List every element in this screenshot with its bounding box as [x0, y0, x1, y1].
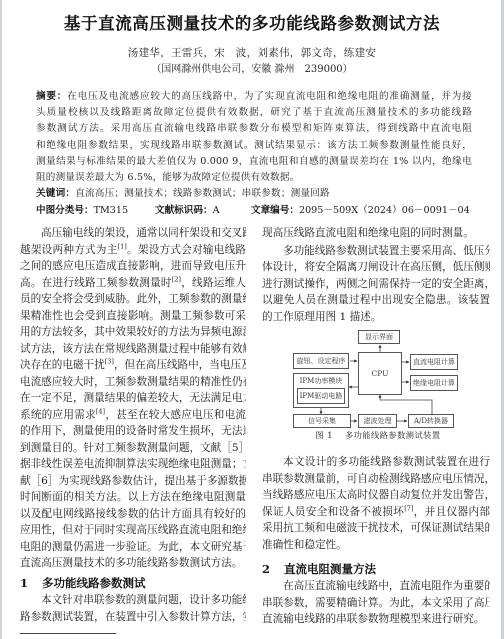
text-span: 本文设计的多功能线路参数测试装置在进行: [283, 456, 490, 468]
abstract-line: 摘要：在电压及电流感应较大的高压线路中，为了实现直流电阻和绝缘电阻的准确测量，并…: [36, 89, 472, 105]
text-span: 体设计，将安全隔离刀闸设计在高压侧，低压侧则: [262, 261, 490, 273]
clc-value: TM315: [94, 205, 129, 216]
text-line: 准确性和稳定性。: [262, 537, 490, 554]
text-span: 在高压直流输电线路中，直流电阻作为重要的: [283, 580, 490, 592]
text-span: 高。在进行线路工频参数测量时: [20, 277, 172, 289]
text-line: 高压输电线的架设，通常以同杆架设和交叉跨: [20, 225, 246, 242]
abstract-line: 参数测试方法。采用高压直流输电线路串联参数分布模型和矩阵束算法，得到线路中直流电…: [36, 121, 472, 137]
text-span: 献［6］为实现线路参数估计，提出基于多源数据多: [20, 475, 246, 487]
box-dc-calc: 直流电阻计算: [410, 354, 458, 370]
text-span: 越架设两种方式为主: [20, 244, 118, 256]
box-ipm-drive: IPM驱动电路: [297, 388, 345, 404]
text-line: 献［6］为实现线路参数估计，提出基于多源数据多: [20, 473, 246, 490]
text-span: 现高压线路直流电阻和绝缘电阻的同时测量。: [262, 227, 474, 239]
text-span: 果精准性也会受到直接影响。测量工频参数可采: [20, 310, 246, 322]
text-line: 高。在进行线路工频参数测量时[2]，线路运维人: [20, 275, 246, 292]
abstract-line: 和绝缘电阻参数结果，实现线路串联参数测试。测试结果显示：该方法工频参数测量性能良…: [36, 138, 472, 154]
box-insulation-calc: 绝缘电阻计算: [410, 375, 458, 391]
text-line: 体设计，将安全隔离刀闸设计在高压侧，低压侧则: [262, 259, 490, 276]
document-code: 文献标识码：A: [155, 202, 220, 216]
text-line: 现高压线路直流电阻和绝缘电阻的同时测量。: [262, 225, 490, 242]
figure-1-diagram: 显示界面 旋钮、设定程序 CPU 直流电阻计算 绝缘电阻计算 IPM功率模块 I…: [280, 325, 480, 445]
abstract-label: 摘要：: [36, 91, 67, 102]
text-span: 直流高压测量技术的多功能线路参数测试方法。: [20, 557, 242, 569]
text-line: 直流输电线路的串联参数物理模型来进行研究。: [262, 611, 490, 628]
ipm-power-label: IPM功率模块: [300, 376, 343, 386]
text-span: 电阻的测量仍需进一步验证。为此，本文研究基于: [20, 541, 246, 553]
abstract-line: 阻的测量误差最大为 6.5%，能够为故障定位提供有效数据。: [36, 170, 472, 186]
text-span: 电流感应较大时，工频参数测量结果的精准性仍存: [20, 376, 246, 388]
text-line: 直流高压测量技术的多功能线路参数测试方法。: [20, 555, 246, 572]
text-span: 。架设方式会对输电线路: [127, 244, 246, 256]
text-line: 串联参数，需要精确计算。为此，本文采用了高压: [262, 595, 490, 612]
text-line: 本文设计的多功能线路参数测试装置在进行: [262, 454, 490, 471]
text-line: 在高压直流输电线路中，直流电阻作为重要的: [262, 578, 490, 595]
left-column-section1: 本文针对串联参数的测量问题，设计多功能线路参数测试装置，在装置中引入参数计算方法…: [20, 592, 246, 625]
article-no-value: 2095－509X（2024）06－0091－04: [299, 205, 470, 216]
text-span: ，但在高压线路中，当电压及: [114, 359, 246, 371]
box-signal-acquisition: 信号采集: [293, 414, 351, 428]
section-heading-2: 2直流电阻测量方法: [262, 561, 376, 577]
text-line: 当线路感应电压太高时仪器自动复位并发出警告，: [262, 487, 490, 504]
text-span: 路参数测试装置，在装置中引入参数计算方法，实: [20, 611, 246, 623]
text-span: 用的方法较多，其中效果较好的方法为异频电源测: [20, 326, 246, 338]
text-line: 越架设两种方式为主[1]。架设方式会对输电线路: [20, 242, 246, 259]
figure-caption-text: 多功能线路参数测试装置: [345, 430, 441, 440]
text-span: 准确性和稳定性。: [262, 539, 347, 551]
text-span: 串联参数，需要精确计算。为此，本文采用了高压: [262, 597, 490, 609]
keywords-label: 关键词：: [36, 188, 75, 199]
text-line: 以及配电网线路接线参数的估计方面具有较好的: [20, 506, 246, 523]
section-number: 2: [262, 562, 284, 576]
text-line: 电阻的测量仍需进一步验证。为此，本文研究基于: [20, 539, 246, 556]
text-line: 决存在的电磁干扰[3]，但在高压线路中，当电压及: [20, 357, 246, 374]
clc-label: 中图分类号：: [36, 205, 94, 216]
citation-ref[interactable]: [1]: [118, 242, 127, 250]
text-span: 当线路感应电压太高时仪器自动复位并发出警告，: [262, 489, 490, 501]
text-line: 应用性，但对于同时实现高压线路直流电阻和绝缘: [20, 522, 246, 539]
abstract: 摘要：在电压及电流感应较大的高压线路中，为了实现直流电阻和绝缘电阻的准确测量，并…: [36, 89, 472, 202]
text-line: 据非线性误差电流抑制算法实现绝缘电阻测量；文: [20, 456, 246, 473]
box-display: 显示界面: [358, 330, 400, 344]
figure-caption: 图 1多功能线路参数测试装置: [252, 430, 504, 441]
text-span: 多功能线路参数测试装置主要采用高、低压分: [283, 245, 490, 257]
text-span: 时间断面的相关方法。以上方法在绝缘电阻测量: [20, 491, 246, 503]
text-span: 本文针对串联参数的测量问题，设计多功能线: [41, 594, 246, 606]
text-line: 之间的感应电压造成直接影响，进而导致电压升: [20, 258, 246, 275]
text-span: ，甚至在较大感应电压和电流: [105, 409, 246, 421]
text-span: 采用抗工频和电磁波干扰技术，可保证测试结果的: [262, 522, 490, 534]
section-title: 多功能线路参数测试: [42, 576, 146, 590]
text-span: ，线路运维人: [181, 277, 246, 289]
right-column-section2: 在高压直流输电线路中，直流电阻作为重要的串联参数，需要精确计算。为此，本文采用了…: [262, 578, 490, 628]
right-column-mid: 本文设计的多功能线路参数测试装置在进行串联参数测量前，可自动检测线路感应电压情况…: [262, 454, 490, 553]
abstract-line: 头质量校核以及线路距离故障定位提供有效数据，研究了基于直流高压测量技术的多功能线…: [36, 105, 472, 121]
text-span: 决存在的电磁干扰: [20, 359, 105, 371]
text-line: 时间断面的相关方法。以上方法在绝缘电阻测量: [20, 489, 246, 506]
box-knob: 旋钮、设定程序: [293, 353, 349, 369]
abstract-text: 在电压及电流感应较大的高压线路中，为了实现直流电阻和绝缘电阻的准确测量，并为接: [67, 91, 472, 102]
text-span: ，并且仪器内部: [413, 506, 490, 518]
text-line: 员的安全将会受到威胁。此外，工频参数的测量结: [20, 291, 246, 308]
text-span: 试方法，该方法在常规线路测量过程中能够有效解: [20, 343, 246, 355]
text-span: 的作用下，测量使用的设备时常发生损坏，无法达: [20, 425, 246, 437]
clc-code: 中图分类号：TM315: [36, 202, 128, 216]
text-line: 到测量目的。针对工频参数测量问题，文献［5］根: [20, 440, 246, 457]
text-line: 保证人员安全和设备不被损坏[7]，并且仪器内部: [262, 504, 490, 521]
paper-title: 基于直流高压测量技术的多功能线路参数测试方法: [0, 10, 504, 34]
page-border-left: [0, 0, 2, 639]
keywords-value: 直流高压；测量技术；线路参数测试；串联参数；测量回路: [75, 188, 330, 199]
citation-ref[interactable]: [4]: [96, 407, 105, 415]
text-span: 进行测试操作，两侧之间需保持一定的安全距离，: [262, 278, 490, 290]
text-span: 串联参数测量前，可自动检测线路感应电压情况，: [262, 473, 490, 485]
text-span: 员的安全将会受到威胁。此外，工频参数的测量结: [20, 293, 246, 305]
section-heading-1: 1多功能线路参数测试: [20, 575, 146, 591]
abstract-line: 测量结果与标准结果的最大差值仅为 0.000 9，直流电阻和自感的测量误差均在 …: [36, 154, 472, 170]
box-cpu: CPU: [358, 352, 402, 395]
text-line: 串联参数测量前，可自动检测线路感应电压情况，: [262, 471, 490, 488]
text-span: 之间的感应电压造成直接影响，进而导致电压升: [20, 260, 246, 272]
text-span: 系统的应用需求: [20, 409, 96, 421]
text-line: 以避免人员在测量过程中出现安全隐患。该装置: [262, 292, 490, 309]
figure-number: 图 1: [315, 430, 333, 440]
text-span: 直流输电线路的串联参数物理模型来进行研究。: [262, 613, 484, 625]
text-line: 系统的应用需求[4]，甚至在较大感应电压和电流: [20, 407, 246, 424]
text-span: 保证人员安全和设备不被损坏: [262, 506, 404, 518]
text-span: 据非线性误差电流抑制算法实现绝缘电阻测量；文: [20, 458, 246, 470]
section-number: 1: [20, 576, 42, 590]
text-line: 的作用下，测量使用的设备时常发生损坏，无法达: [20, 423, 246, 440]
affiliation: （国网滁州供电公司，安徽 滁州 239000）: [0, 60, 504, 75]
text-line: 多功能线路参数测试装置主要采用高、低压分: [262, 243, 490, 260]
citation-ref[interactable]: [2]: [172, 275, 181, 283]
section-title: 直流电阻测量方法: [284, 562, 376, 576]
left-column-intro: 高压输电线的架设，通常以同杆架设和交叉跨越架设两种方式为主[1]。架设方式会对输…: [20, 225, 246, 572]
citation-ref[interactable]: [3]: [105, 357, 114, 365]
text-line: 进行测试操作，两侧之间需保持一定的安全距离，: [262, 276, 490, 293]
text-span: 到测量目的。针对工频参数测量问题，文献［5］根: [20, 442, 246, 454]
text-line: 本文针对串联参数的测量问题，设计多功能线: [20, 592, 246, 609]
doc-code-label: 文献标识码：: [155, 205, 213, 216]
text-line: 电流感应较大时，工频参数测量结果的精准性仍存: [20, 374, 246, 391]
article-number: 文章编号：2095－509X（2024）06－0091－04: [251, 202, 470, 216]
text-line: 用的方法较多，其中效果较好的方法为异频电源测: [20, 324, 246, 341]
text-span: 应用性，但对于同时实现高压线路直流电阻和绝缘: [20, 524, 246, 536]
box-filter: 滤波处理: [358, 414, 397, 428]
keywords: 关键词：直流高压；测量技术；线路参数测试；串联参数；测量回路: [36, 186, 472, 202]
footnote-separator: [20, 633, 116, 634]
doc-code-value: A: [213, 205, 220, 216]
text-line: 试方法，该方法在常规线路测量过程中能够有效解: [20, 341, 246, 358]
article-no-label: 文章编号：: [251, 205, 299, 216]
text-line: 的工作原理用图 1 描述。: [262, 309, 490, 326]
text-line: 果精准性也会受到直接影响。测量工频参数可采: [20, 308, 246, 325]
right-column-top: 现高压线路直流电阻和绝缘电阻的同时测量。多功能线路参数测试装置主要采用高、低压分…: [262, 225, 490, 325]
text-span: 的工作原理用图 1 描述。: [262, 311, 381, 323]
text-span: 以避免人员在测量过程中出现安全隐患。该装置: [262, 294, 490, 306]
text-line: 路参数测试装置，在装置中引入参数计算方法，实: [20, 609, 246, 626]
author-list: 汤建华，王雷兵，宋 波，刘素伟，郭文奇，练建安: [0, 45, 504, 60]
text-line: 采用抗工频和电磁波干扰技术，可保证测试结果的: [262, 520, 490, 537]
text-span: 高压输电线的架设，通常以同杆架设和交叉跨: [41, 227, 246, 239]
text-span: 在一定不足，测量结果的偏差较大，无法满足电力: [20, 392, 246, 404]
text-span: 以及配电网线路接线参数的估计方面具有较好的: [20, 508, 246, 520]
box-adc: A/D转换器: [408, 414, 454, 428]
text-line: 在一定不足，测量结果的偏差较大，无法满足电力: [20, 390, 246, 407]
